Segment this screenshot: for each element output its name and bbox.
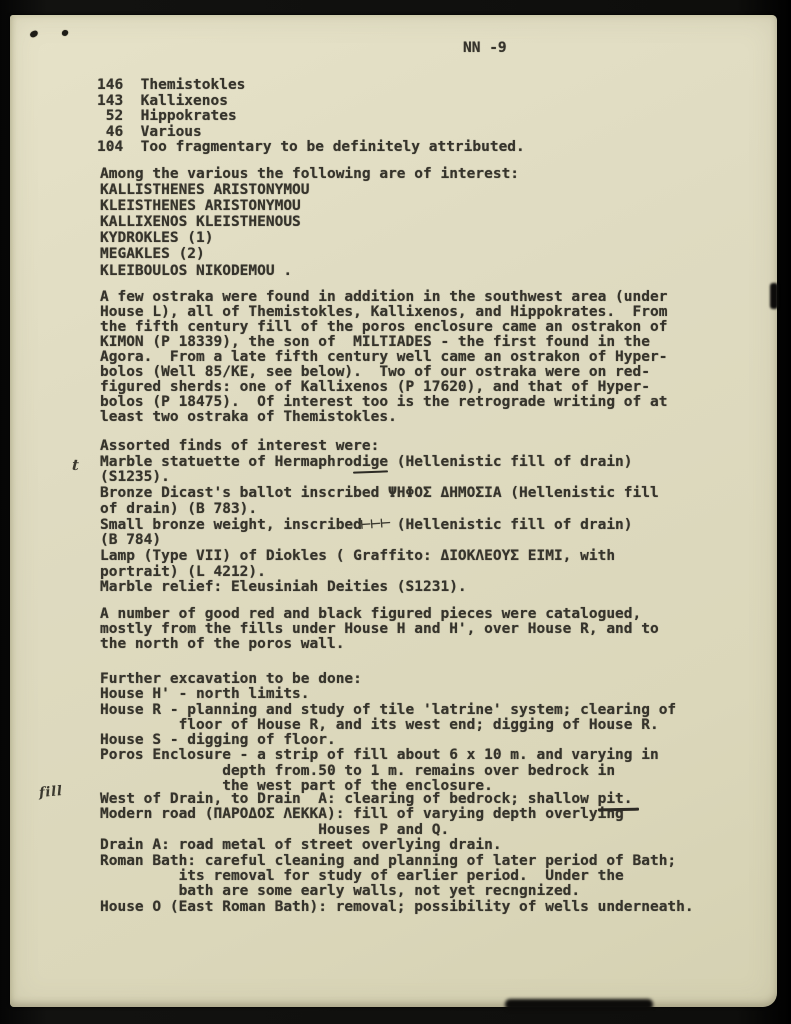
scan-background: NN -9 146 Themistokles 143 Kallixenos 52… [0,0,791,1024]
further-excavation-list: Further excavation to be done: House H' … [100,672,676,794]
margin-correction-t: t [72,456,80,474]
document-page: NN -9 146 Themistokles 143 Kallixenos 52… [10,15,777,1007]
page-number: NN -9 [463,41,507,56]
staple-mark-icon [29,30,39,38]
right-edge-nick [770,283,778,309]
ostraka-counts: 146 Themistokles 143 Kallixenos 52 Hippo… [97,78,525,156]
bottom-edge-smudge [505,999,653,1010]
figured-pieces-paragraph: A number of good red and black figured p… [100,607,659,652]
southwest-ostraka-paragraph: A few ostraka were found in addition in … [100,290,667,425]
weight-inscription-marks: ⊢⊢⊢ [360,515,391,532]
names-of-interest: Among the various the following are of i… [100,166,519,279]
staple-mark-icon [61,29,68,36]
margin-note-fill: fill [38,783,63,801]
